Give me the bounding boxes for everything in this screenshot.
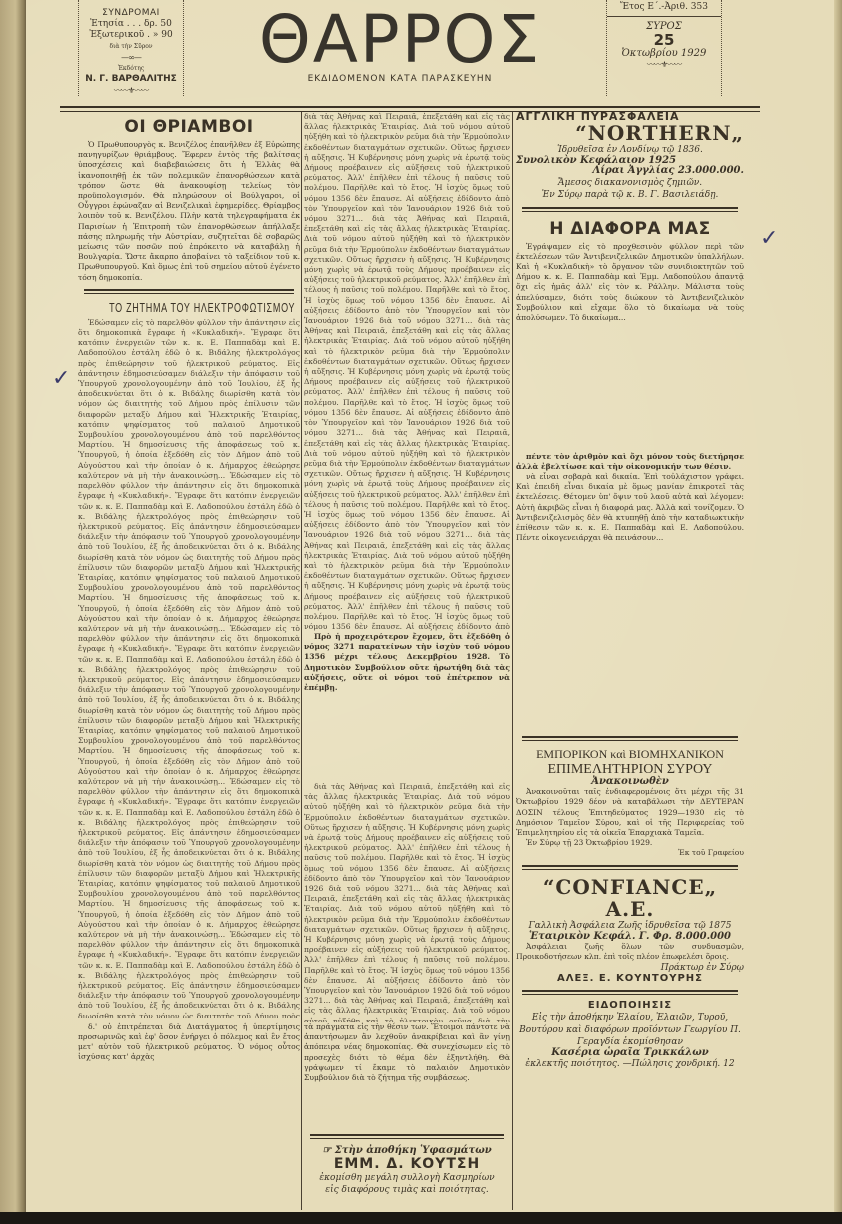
ad-line: Ἐν Σύρῳ παρὰ τῷ κ. Β. Γ. Βασιλειάδῃ. xyxy=(516,189,744,201)
ad-line: ἐκομίσθη μεγάλη συλλογὴ Κασμηρίων xyxy=(304,1172,510,1184)
subscriptions-title: ΣΥΝΔΡΟΜΑΙ xyxy=(79,8,183,19)
article-body: Πρὸ ἡ προχειρότερον ἔχομεν, ὅτι ἐξεδόθη … xyxy=(304,632,510,782)
section-rule xyxy=(522,207,738,212)
announcement-body: Ἀνακοινοῦται ταῖς ἐνδιαφερομένοις ὅτι μέ… xyxy=(516,787,744,838)
column-3: ΑΓΓΛΙΚΗ ΠΥΡΑΣΦΑΛΕΙΑ “NORTHERN„ Ἱδρυθεῖσα… xyxy=(516,112,744,1070)
chamber-subtitle: ΕΠΙΜΕΛΗΤΗΡΙΟΝ ΣΥΡΟΥ xyxy=(516,762,744,777)
article-headline: ΤΟ ΖΗΤΗΜΑ ΤΟΥ ΗΛΕΚΤΡΟΦΩΤΙΣΜΟΥ xyxy=(109,300,269,316)
book-binding xyxy=(0,0,26,1224)
publisher-label: Ἐκδότης xyxy=(79,63,183,74)
article-body: Ὁ Πρωθυπουργὸς κ. Βενιζέλος ἐπανῆλθεν ἐξ… xyxy=(78,140,300,283)
ad-line: Λίραι Ἀγγλίας 23.000.000. xyxy=(516,166,744,176)
ad-name: “NORTHERN„ xyxy=(516,122,744,144)
article-headline: ΟΙ ΘΡΙΑΜΒΟΙ xyxy=(78,116,300,138)
announcement-signature: Ἐκ τοῦ Γραφείου xyxy=(516,848,744,858)
article-continuation: διὰ τὰς Ἀθήνας καὶ Πειραιᾶ, ἐπεξετάθη κα… xyxy=(304,112,510,632)
announcement-heading: Ἀνακοινωθὲν xyxy=(516,777,744,787)
confiance-advertisement: “CONFIANCE„ Α.Ε. Γαλλικὴ Ἀσφάλεια Ζωῆς ἱ… xyxy=(516,876,744,985)
article-body: νὰ εἶναι σοβαρὰ καὶ δικαία. Ἐπὶ τοὐλάχισ… xyxy=(516,472,744,730)
issue-month-year: Ὀκτωβρίου 1929 xyxy=(607,48,721,59)
article-body: Ἐδώσαμεν εἰς τὸ παρελθὸν φύλλον τὴν ἀπάν… xyxy=(78,318,300,1018)
issue-day: 25 xyxy=(607,32,721,48)
ad-agent: ΑΛΕΞ. Ε. ΚΟΥΝΤΟΥΡΗΣ xyxy=(516,974,744,984)
ad-footer: ἐκλεκτῆς ποιότητος. —Πώλησις χονδρική. 1… xyxy=(516,1058,744,1070)
flourish-ornament: 〰〰⚜〰〰 xyxy=(79,85,183,96)
subscription-abroad: Ἐξωτερικοῦ . » 90 xyxy=(79,30,183,41)
newspaper-title: ΘΑΡΡΟΣ xyxy=(220,4,580,76)
chamber-title: ΕΜΠΟΡΙΚΟΝ καὶ ΒΙΟΜΗΧΑΝΙΚΟΝ xyxy=(516,747,744,762)
ad-line: εἰς διαφόρους τιμὰς καὶ ποιότητας. xyxy=(304,1184,510,1196)
flourish-ornament: 〰〰⚜〰〰 xyxy=(607,59,721,70)
subscription-annual: Ἐτησία . . . δρ. 50 xyxy=(79,19,183,30)
koutsi-advertisement: ☞ Στὴν ἀποθήκη Ὑφασμάτων ΕΜΜ. Δ. ΚΟΥΤΣΗ … xyxy=(304,1128,510,1196)
section-rule xyxy=(522,865,738,870)
subscriptions-box: ΣΥΝΔΡΟΜΑΙ Ἐτησία . . . δρ. 50 Ἐξωτερικοῦ… xyxy=(78,0,184,96)
section-rule xyxy=(522,736,738,741)
ad-name: “CONFIANCE„ Α.Ε. xyxy=(516,876,744,920)
ad-body: Ἀσφάλειαι ζωῆς ὅλων τῶν συνδυασμῶν, Προι… xyxy=(516,942,744,962)
column-2: διὰ τὰς Ἀθήνας καὶ Πειραιᾶ, ἐπεξετάθη κα… xyxy=(304,112,510,1083)
article-highlight: πέντε τὸν ἀριθμὸν καὶ ὄχι μόνον τοὺς διε… xyxy=(516,452,744,472)
page-edge xyxy=(834,0,842,1224)
article-body: διὰ τὰς Ἀθήνας καὶ Πειραιᾶ, ἐπεξετάθη κα… xyxy=(304,782,510,1022)
notice-advertisement: ΕΙΔΟΠΟΙΗΣΙΣ Εἰς τὴν ἀποθήκην Ἐλαίου, Ἐλα… xyxy=(516,1001,744,1069)
ad-line: Ἄμεσος διακανονισμὸς ζημιῶν. xyxy=(516,177,744,189)
issue-year-number: Ἔτος Ε΄.-Ἀριθ. 353 xyxy=(607,0,721,17)
announcement-date: Ἐν Σύρῳ τῇ 23 Ὀκτωβρίου 1929. xyxy=(516,838,744,848)
subscription-note: διὰ τὴν Σῦρον xyxy=(79,41,183,52)
ad-line: Ἑταιρικὸν Κεφάλ. Γ. Φρ. 8.000.000 xyxy=(516,932,744,942)
ad-body: Εἰς τὴν ἀποθήκην Ἐλαίου, Ἐλαιῶν, Τυροῦ, … xyxy=(516,1012,744,1048)
ad-product: Κασέρια ὡραῖα Τρικκάλων xyxy=(516,1048,744,1058)
handwritten-check-mark: ✓ xyxy=(52,366,70,391)
section-rule xyxy=(310,1134,504,1139)
handwritten-check-mark: ✓ xyxy=(760,226,778,251)
article-body: Ἐγράψαμεν εἰς τὸ προχθεσινὸν φύλλον περὶ… xyxy=(516,242,744,452)
ad-line: ☞ Στὴν ἀποθήκη Ὑφασμάτων xyxy=(304,1145,510,1156)
ornament: —∞— xyxy=(79,52,183,63)
northern-advertisement: ΑΓΓΛΙΚΗ ΠΥΡΑΣΦΑΛΕΙΑ “NORTHERN„ Ἱδρυθεῖσα… xyxy=(516,112,744,201)
article-body-closing: δ.' οὐ ἐπιτρέπεται διὰ Διατάγματος ἡ ὑπε… xyxy=(78,1022,300,1063)
column-1: ΟΙ ΘΡΙΑΜΒΟΙ Ὁ Πρωθυπουργὸς κ. Βενιζέλος … xyxy=(78,112,300,1063)
column-divider xyxy=(512,112,513,1210)
ad-name: ΕΜΜ. Δ. ΚΟΥΤΣΗ xyxy=(304,1156,510,1172)
ad-line: Γαλλικὴ Ἀσφάλεια Ζωῆς ἱδρυθεῖσα τῷ 1875 xyxy=(516,920,744,932)
article-body-end: τὰ πράγματα εἰς τὴν θέσιν των. Ἕτοιμοι π… xyxy=(304,1022,510,1083)
issue-box: Ἔτος Ε΄.-Ἀριθ. 353 ΣΥΡΟΣ 25 Ὀκτωβρίου 19… xyxy=(606,0,722,96)
section-rule xyxy=(84,289,294,294)
page-bottom-edge xyxy=(0,1212,842,1224)
newspaper-tagline: ΕΚΔΙΔΟΜΕΝΟΝ ΚΑΤΑ ΠΑΡΑΣΚΕΥΗΝ xyxy=(230,74,570,84)
publisher-name: Ν. Γ. ΒΑΡΘΑΛΙΤΗΣ xyxy=(79,74,183,85)
section-rule xyxy=(522,990,738,995)
column-divider xyxy=(301,112,302,1210)
ad-title: ΕΙΔΟΠΟΙΗΣΙΣ xyxy=(516,1001,744,1011)
article-headline: Η ΔΙΑΦΟΡΑ ΜΑΣ xyxy=(516,218,744,240)
masthead: ΣΥΝΔΡΟΜΑΙ Ἐτησία . . . δρ. 50 Ἐξωτερικοῦ… xyxy=(40,0,760,104)
